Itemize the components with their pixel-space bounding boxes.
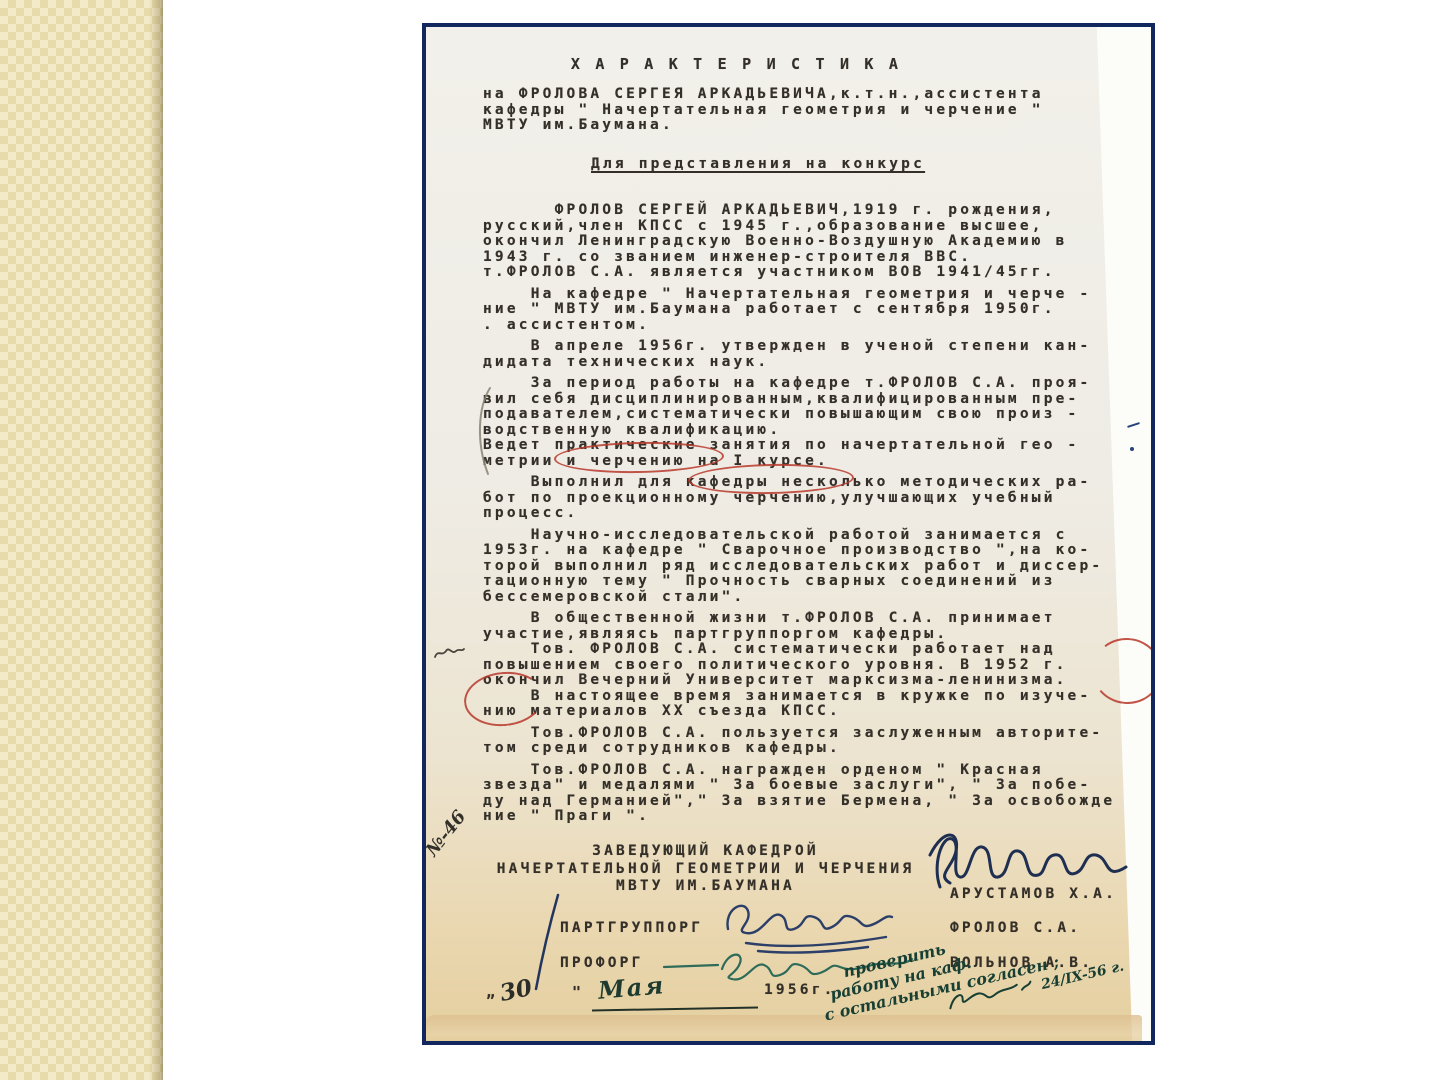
paragraph-research: Научно-исследовательской работой занимае… (483, 528, 1143, 606)
paragraph-authority: Тов.ФРОЛОВ С.А. пользуется заслуженным а… (483, 726, 1143, 757)
addressee-block: на ФРОЛОВА СЕРГЕЯ АРКАДЬЕВИЧА,к.т.н.,асс… (483, 87, 1044, 134)
paper-bottom-aged-edge (426, 1015, 1142, 1041)
pencil-margin-scribble (432, 643, 466, 663)
paragraph-public-life: В общественной жизни т.ФРОЛОВ С.А. прини… (483, 611, 1143, 720)
date-day-handwritten: 30 (498, 974, 535, 1007)
document-title: Х А Р А К Т Е Р И С Т И К А (426, 57, 1046, 73)
paragraph-department: На кафедре " Начертательная геометрия и … (483, 287, 1143, 334)
document-subtitle: Для представления на конкурс (591, 157, 925, 173)
partgrupporg-label: ПАРТГРУППОРГ (560, 921, 703, 937)
proforg-label: ПРОФОРГ (560, 956, 644, 972)
document-paper: Х А Р А К Т Е Р И С Т И К А на ФРОЛОВА С… (426, 27, 1151, 1041)
head-name: АРУСТАМОВ Х.А. (950, 887, 1117, 903)
document-body: ФРОЛОВ СЕРГЕЙ АРКАДЬЕВИЧ,1919 г. рождени… (483, 203, 1143, 831)
scanned-document-frame: Х А Р А К Т Е Р И С Т И К А на ФРОЛОВА С… (422, 23, 1155, 1045)
paragraph-awards: Тов.ФРОЛОВ С.А. награжден орденом " Крас… (483, 763, 1143, 825)
date-open-quote: „ (486, 985, 498, 1001)
handwritten-slash (532, 893, 562, 993)
date-close-quote: " (572, 985, 584, 1001)
notebook-edge-strip (0, 0, 163, 1080)
date-underline-stroke (592, 1007, 758, 1012)
pencil-margin-bracket (472, 385, 494, 477)
paragraph-biography: ФРОЛОВ СЕРГЕЙ АРКАДЬЕВИЧ,1919 г. рождени… (483, 203, 1143, 281)
slide-background: Х А Р А К Т Е Р И С Т И К А на ФРОЛОВА С… (0, 0, 1440, 1080)
paragraph-degree: В апреле 1956г. утвержден в ученой степе… (483, 339, 1143, 370)
date-month-handwritten: Мая (597, 970, 666, 1005)
margin-number-handwritten: №-46 (426, 807, 470, 861)
head-of-department-block: ЗАВЕДУЮЩИЙ КАФЕДРОЙ НАЧЕРТАТЕЛЬНОЙ ГЕОМЕ… (483, 843, 928, 896)
blue-pen-dot (1130, 447, 1134, 451)
